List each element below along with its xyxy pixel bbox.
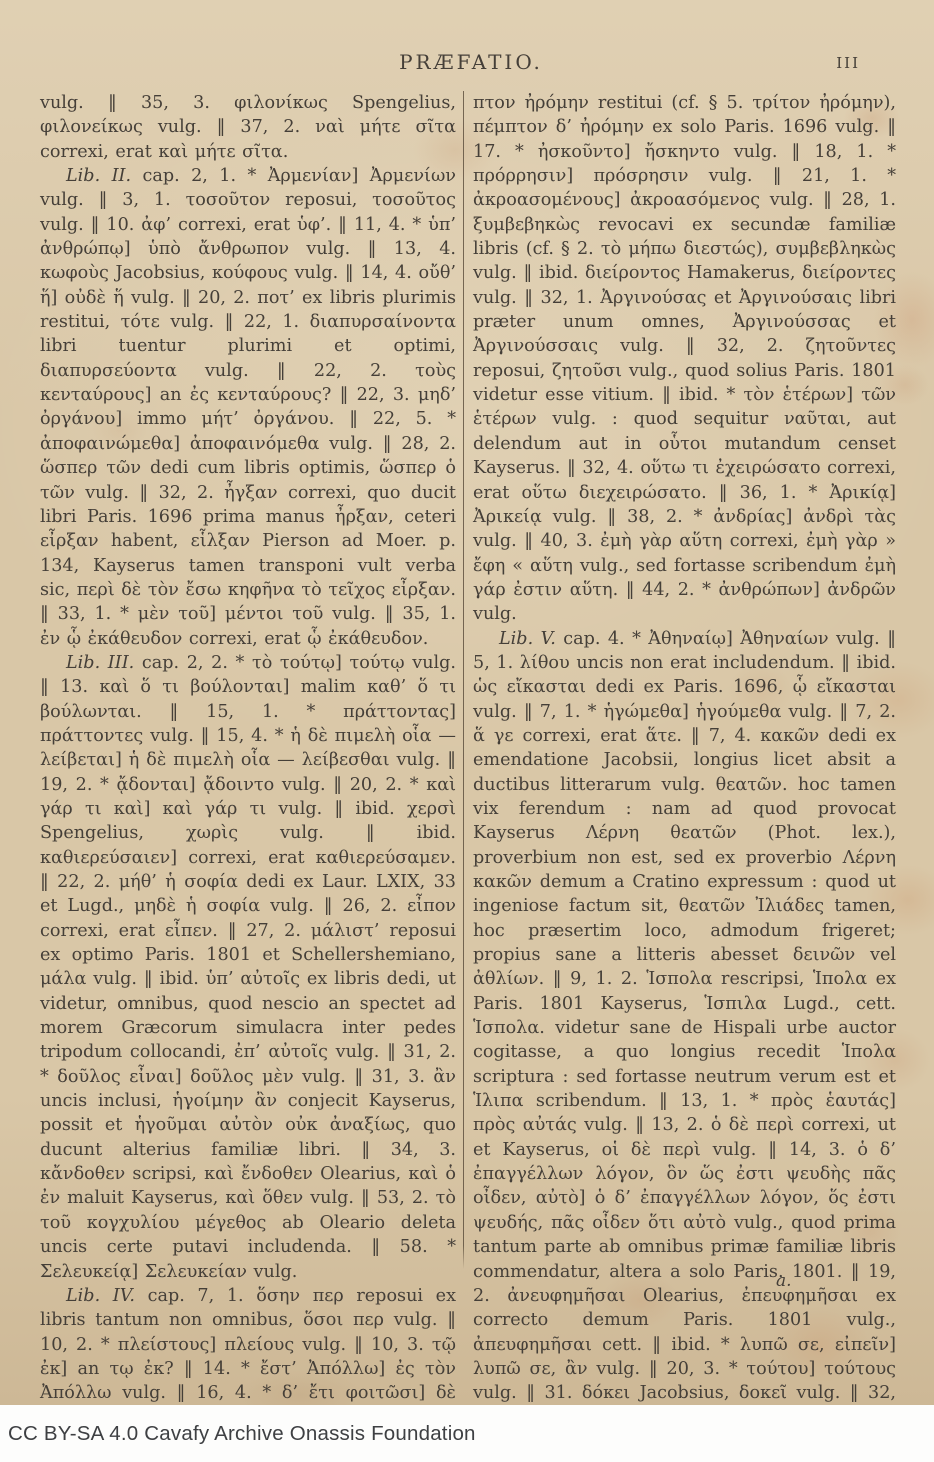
page-title: PRÆFATIO.	[399, 50, 543, 74]
apparatus-paragraph: Lib. V. cap. 4. * Ἀθηναίῳ] Ἀθηναίων vulg…	[473, 627, 896, 1455]
apparatus-text: vulg. ‖ 35, 3. φιλονίκως Spengelius, φιλ…	[40, 93, 456, 162]
license-text: CC BY-SA 4.0 Cavafy Archive Onassis Foun…	[8, 1422, 476, 1446]
book-section-label: Lib. II.	[66, 166, 131, 186]
book-page-paper: PRÆFATIO. III vulg. ‖ 35, 3. φιλονίκως S…	[0, 0, 934, 1405]
running-head: PRÆFATIO. III	[40, 50, 902, 76]
right-column: πτον ἠρόμην restitui (cf. § 5. τρίτον ἠρ…	[464, 91, 896, 1281]
book-section-label: Lib. V.	[499, 629, 556, 649]
apparatus-text: πτον ἠρόμην restitui (cf. § 5. τρίτον ἠρ…	[473, 93, 896, 624]
folio-number: III	[836, 54, 860, 72]
apparatus-paragraph: πτον ἠρόμην restitui (cf. § 5. τρίτον ἠρ…	[473, 91, 896, 627]
apparatus-paragraph: vulg. ‖ 35, 3. φιλονίκως Spengelius, φιλ…	[40, 91, 456, 164]
apparatus-text: cap. 2, 2. * τὸ τούτῳ] τούτῳ vulg. ‖ 13.…	[40, 653, 456, 1282]
apparatus-paragraph: Lib. II. cap. 2, 1. * Ἀρμενίαν] Ἀρμενίων…	[40, 164, 456, 651]
book-section-label: Lib. IV.	[66, 1286, 135, 1306]
apparatus-text: cap. 4. * Ἀθηναίῳ] Ἀθηναίων vulg. ‖ 5, 1…	[473, 629, 896, 1452]
apparatus-text: cap. 2, 1. * Ἀρμενίαν] Ἀρμενίων vulg. ‖ …	[40, 166, 456, 649]
signature-mark: a.	[776, 1269, 792, 1293]
license-bar: CC BY-SA 4.0 Cavafy Archive Onassis Foun…	[0, 1405, 934, 1462]
scanned-book-page: PRÆFATIO. III vulg. ‖ 35, 3. φιλονίκως S…	[0, 0, 934, 1462]
book-section-label: Lib. III.	[66, 653, 134, 673]
text-columns: vulg. ‖ 35, 3. φιλονίκως Spengelius, φιλ…	[40, 91, 902, 1281]
apparatus-paragraph: Lib. III. cap. 2, 2. * τὸ τούτῳ] τούτῳ v…	[40, 651, 456, 1284]
left-column: vulg. ‖ 35, 3. φιλονίκως Spengelius, φιλ…	[40, 91, 463, 1281]
